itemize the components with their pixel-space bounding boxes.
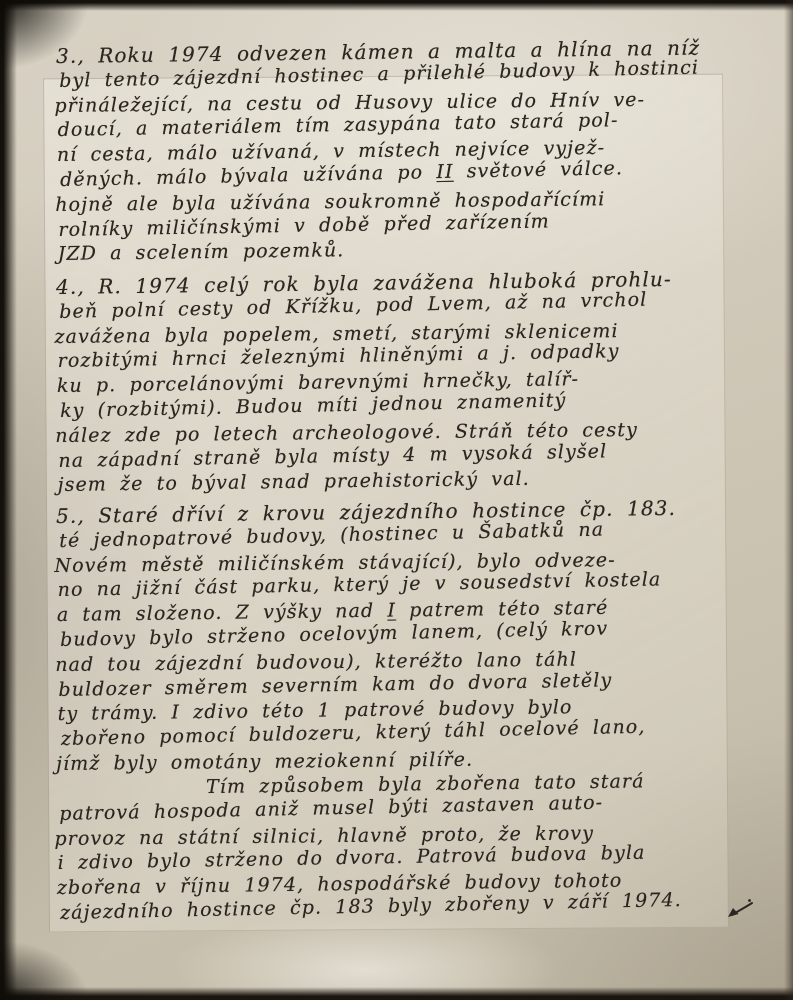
photo-edge-right <box>784 0 793 1000</box>
paragraph-closing: Tím způsobem byla zbořena tato stará pat… <box>54 772 741 926</box>
photo-edge-left <box>0 0 17 1000</box>
pen-check-mark-icon <box>722 898 758 930</box>
handwritten-text: 3., Roku 1974 odvezen kámen a malta a hl… <box>54 44 740 934</box>
paragraph-3: 3., Roku 1974 odvezen kámen a malta a hl… <box>54 39 742 268</box>
photo-corner-bottom-left <box>0 940 90 1000</box>
scanned-page-photo: 3., Roku 1974 odvezen kámen a malta a hl… <box>0 0 793 1000</box>
line-segment: světové válce. <box>453 157 623 183</box>
paragraph-4: 4., R. 1974 celý rok byla zavážena hlubo… <box>54 270 742 499</box>
paragraph-5: 5., Staré dříví z krovu zájezdního hosti… <box>54 499 742 777</box>
photo-edge-bottom <box>0 987 793 1000</box>
underlined-segment: II <box>436 161 454 183</box>
photo-edge-top <box>0 0 793 11</box>
